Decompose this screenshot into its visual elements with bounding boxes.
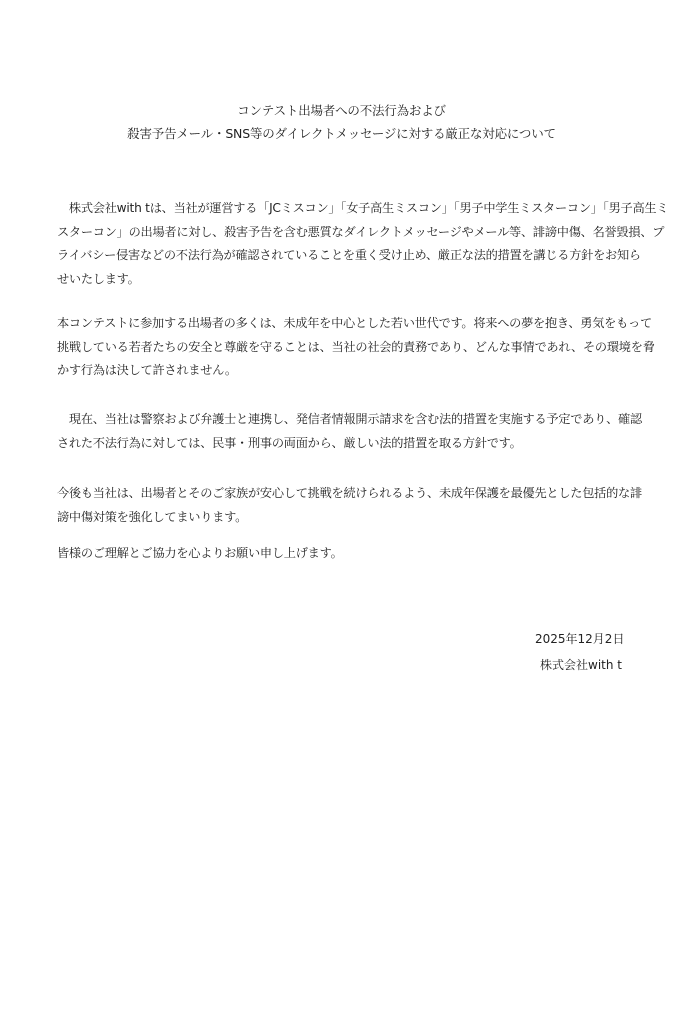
paragraph-line: ライバシー侵害などの不法行為が確認されていることを重く受け止め、厳正な法的措置を… bbox=[57, 244, 629, 268]
paragraph-legal-action: 現在、当社は警察および弁護士と連携し、発信者情報開示請求を含む法的措置を実施する… bbox=[57, 408, 629, 455]
paragraph-line: かす行為は決して許されません。 bbox=[57, 359, 629, 383]
paragraph-participants: 本コンテストに参加する出場者の多くは、未成年を中心とした若い世代です。将来への夢… bbox=[57, 312, 629, 383]
paragraph-line: せいたします。 bbox=[57, 268, 629, 292]
paragraph-line: 皆様のご理解とご協力を心よりお願い申し上げます。 bbox=[57, 542, 629, 566]
paragraph-line: 株式会社with tは、当社が運営する「JCミスコン」「女子高生ミスコン」「男子… bbox=[57, 197, 629, 221]
paragraph-announcement: 株式会社with tは、当社が運営する「JCミスコン」「女子高生ミスコン」「男子… bbox=[57, 197, 629, 291]
paragraph-future-measures: 今後も当社は、出場者とそのご家族が安心して挑戦を続けられるよう、未成年保護を最優… bbox=[57, 482, 629, 529]
document-title-line-2: 殺害予告メール・SNS等のダイレクトメッセージに対する厳正な対応について bbox=[0, 126, 683, 142]
paragraph-line: 挑戦している若者たちの安全と尊厳を守ることは、当社の社会的責務であり、どんな事情… bbox=[57, 336, 629, 360]
signature-company: 株式会社with t bbox=[540, 657, 622, 673]
paragraph-line: 本コンテストに参加する出場者の多くは、未成年を中心とした若い世代です。将来への夢… bbox=[57, 312, 629, 336]
paragraph-closing: 皆様のご理解とご協力を心よりお願い申し上げます。 bbox=[57, 542, 629, 566]
paragraph-line: スターコン」の出場者に対し、殺害予告を含む悪質なダイレクトメッセージやメール等、… bbox=[57, 221, 629, 245]
signature-date: 2025年12月2日 bbox=[535, 631, 624, 647]
paragraph-line: 謗中傷対策を強化してまいります。 bbox=[57, 506, 629, 530]
paragraph-line: 今後も当社は、出場者とそのご家族が安心して挑戦を続けられるよう、未成年保護を最優… bbox=[57, 482, 629, 506]
paragraph-line: された不法行為に対しては、民事・刑事の両面から、厳しい法的措置を取る方針です。 bbox=[57, 432, 629, 456]
paragraph-line: 現在、当社は警察および弁護士と連携し、発信者情報開示請求を含む法的措置を実施する… bbox=[57, 408, 629, 432]
document-title-line-1: コンテスト出場者への不法行為および bbox=[0, 103, 683, 119]
